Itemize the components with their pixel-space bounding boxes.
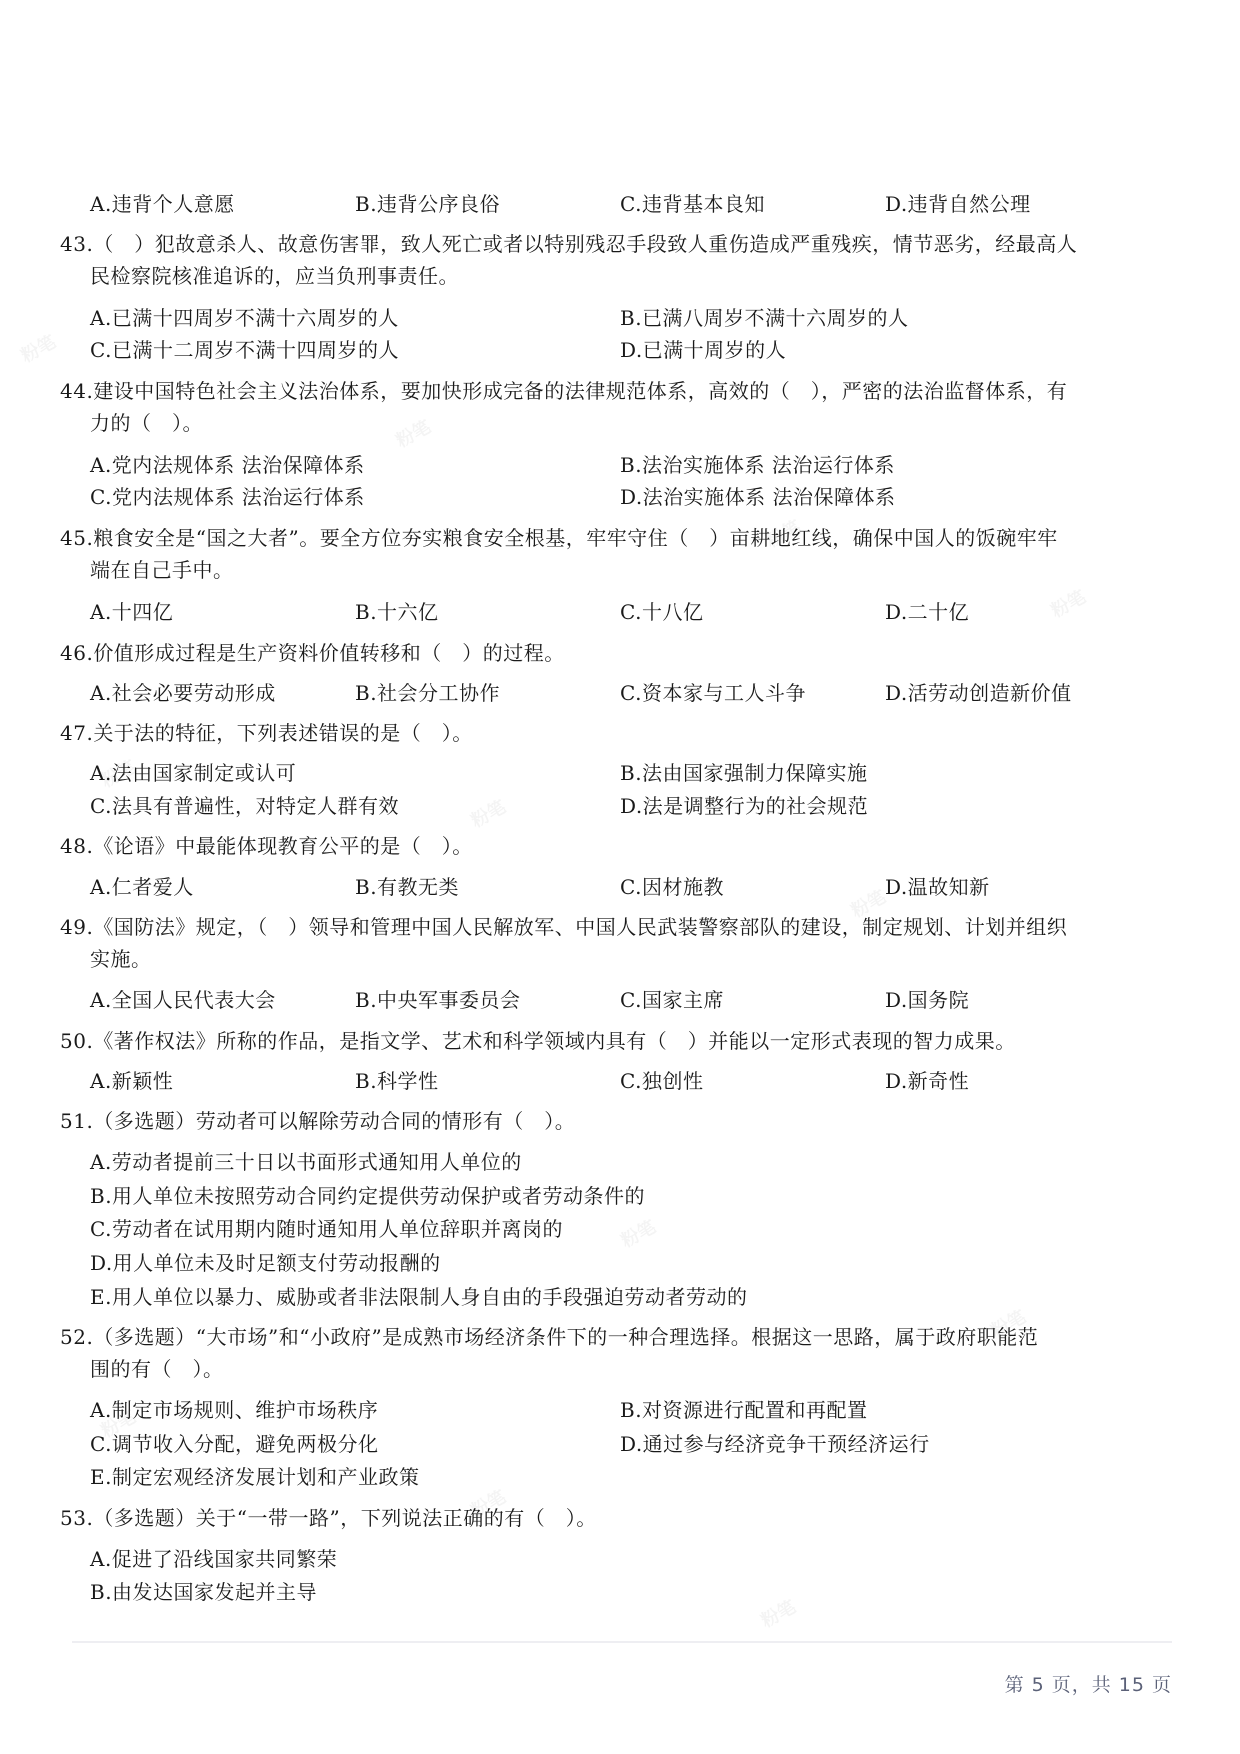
option-c: C.党内法规体系 法治运行体系 <box>90 484 365 510</box>
option-b: B.社会分工协作 <box>355 680 500 706</box>
option-c: C.调节收入分配，避免两极分化 <box>90 1431 378 1457</box>
option-b: B.科学性 <box>355 1068 439 1094</box>
option-c: C.因材施教 <box>620 874 724 900</box>
footer-divider <box>72 1641 1172 1643</box>
option-b: B.有教无类 <box>355 874 459 900</box>
watermark: 粉笔 <box>756 1593 800 1633</box>
question-number: 45. <box>60 525 93 551</box>
question-45-stem: 45.粮食安全是“国之大者”。要全方位夯实粮食安全根基，牢牢守住（ ）亩耕地红线… <box>60 525 1058 551</box>
question-number: 51. <box>60 1108 93 1134</box>
option-a: A.劳动者提前三十日以书面形式通知用人单位的 <box>90 1149 522 1175</box>
option-c: C.劳动者在试用期内随时通知用人单位辞职并离岗的 <box>90 1216 563 1242</box>
option-a: A.已满十四周岁不满十六周岁的人 <box>90 305 399 331</box>
question-52-stem-cont: 围的有（ ）。 <box>90 1356 224 1382</box>
option-d: D.违背自然公理 <box>885 191 1031 217</box>
question-52-stem: 52.（多选题）“大市场”和“小政府”是成熟市场经济条件下的一种合理选择。根据这… <box>60 1324 1038 1350</box>
question-48-stem: 48.《论语》中最能体现教育公平的是（ ）。 <box>60 833 473 859</box>
question-number: 46. <box>60 640 93 666</box>
option-a: A.社会必要劳动形成 <box>90 680 276 706</box>
question-text: 《国防法》规定，（ ）领导和管理中国人民解放军、中国人民武装警察部队的建设，制定… <box>93 915 1067 939</box>
option-d: D.活劳动创造新价值 <box>885 680 1072 706</box>
option-a: A.促进了沿线国家共同繁荣 <box>90 1546 337 1572</box>
option-d: D.温故知新 <box>885 874 990 900</box>
question-text: （多选题）“大市场”和“小政府”是成熟市场经济条件下的一种合理选择。根据这一思路… <box>93 1325 1038 1349</box>
option-b: B.用人单位未按照劳动合同约定提供劳动保护或者劳动条件的 <box>90 1183 645 1209</box>
option-d: D.法是调整行为的社会规范 <box>620 793 868 819</box>
option-a: A.法由国家制定或认可 <box>90 760 296 786</box>
option-e: E.用人单位以暴力、威胁或者非法限制人身自由的手段强迫劳动者劳动的 <box>90 1284 747 1310</box>
option-c: C.已满十二周岁不满十四周岁的人 <box>90 337 399 363</box>
question-number: 43. <box>60 231 93 257</box>
question-number: 50. <box>60 1028 93 1054</box>
question-51-stem: 51.（多选题）劳动者可以解除劳动合同的情形有（ ）。 <box>60 1108 575 1134</box>
option-c: C.法具有普遍性，对特定人群有效 <box>90 793 399 819</box>
question-number: 44. <box>60 378 93 404</box>
option-b: B.中央军事委员会 <box>355 987 521 1013</box>
question-text: 粮食安全是“国之大者”。要全方位夯实粮食安全根基，牢牢守住（ ）亩耕地红线，确保… <box>93 526 1057 550</box>
option-b: B.法治实施体系 法治运行体系 <box>620 452 895 478</box>
option-e: E.制定宏观经济发展计划和产业政策 <box>90 1464 419 1490</box>
question-number: 52. <box>60 1324 93 1350</box>
question-text: 《著作权法》所称的作品，是指文学、艺术和科学领域内具有（ ）并能以一定形式表现的… <box>93 1029 1016 1053</box>
option-b: B.对资源进行配置和再配置 <box>620 1397 868 1423</box>
option-c: C.国家主席 <box>620 987 724 1013</box>
option-a: A.违背个人意愿 <box>90 191 235 217</box>
question-text: （ ）犯故意杀人、故意伤害罪，致人死亡或者以特别残忍手段致人重伤造成严重残疾，情… <box>93 232 1077 256</box>
option-b: B.法由国家强制力保障实施 <box>620 760 868 786</box>
question-43-stem-cont: 民检察院核准追诉的，应当负刑事责任。 <box>90 263 459 289</box>
option-a: A.仁者爱人 <box>90 874 194 900</box>
question-46-stem: 46.价值形成过程是生产资料价值转移和（ ）的过程。 <box>60 640 565 666</box>
question-50-stem: 50.《著作权法》所称的作品，是指文学、艺术和科学领域内具有（ ）并能以一定形式… <box>60 1028 1016 1054</box>
question-49-stem: 49.《国防法》规定，（ ）领导和管理中国人民解放军、中国人民武装警察部队的建设… <box>60 914 1067 940</box>
option-d: D.法治实施体系 法治保障体系 <box>620 484 896 510</box>
option-a: A.制定市场规则、维护市场秩序 <box>90 1397 378 1423</box>
question-53-stem: 53.（多选题）关于“一带一路”，下列说法正确的有（ ）。 <box>60 1505 597 1531</box>
option-d: D.新奇性 <box>885 1068 969 1094</box>
question-49-stem-cont: 实施。 <box>90 946 152 972</box>
option-a: A.全国人民代表大会 <box>90 987 276 1013</box>
question-text: （多选题）劳动者可以解除劳动合同的情形有（ ）。 <box>93 1109 575 1133</box>
option-b: B.十六亿 <box>355 599 439 625</box>
option-d: D.已满十周岁的人 <box>620 337 786 363</box>
watermark: 粉笔 <box>1046 583 1090 623</box>
watermark: 粉笔 <box>16 328 60 368</box>
option-d: D.二十亿 <box>885 599 969 625</box>
question-44-stem-cont: 力的（ ）。 <box>90 410 203 436</box>
option-d: D.用人单位未及时足额支付劳动报酬的 <box>90 1250 441 1276</box>
question-text: 建设中国特色社会主义法治体系，要加快形成完备的法律规范体系，高效的（ ），严密的… <box>93 379 1067 403</box>
watermark: 粉笔 <box>616 1213 660 1253</box>
option-d: D.国务院 <box>885 987 969 1013</box>
page-number: 第 5 页，共 15 页 <box>1005 1670 1172 1697</box>
option-a: A.党内法规体系 法治保障体系 <box>90 452 365 478</box>
option-d: D.通过参与经济竞争干预经济运行 <box>620 1431 930 1457</box>
question-45-stem-cont: 端在自己手中。 <box>90 557 234 583</box>
question-text: （多选题）关于“一带一路”，下列说法正确的有（ ）。 <box>93 1506 596 1530</box>
option-a: A.新颖性 <box>90 1068 173 1094</box>
watermark: 粉笔 <box>391 413 435 453</box>
option-a: A.十四亿 <box>90 599 173 625</box>
question-44-stem: 44.建设中国特色社会主义法治体系，要加快形成完备的法律规范体系，高效的（ ），… <box>60 378 1067 404</box>
question-43-stem: 43.（ ）犯故意杀人、故意伤害罪，致人死亡或者以特别残忍手段致人重伤造成严重残… <box>60 231 1077 257</box>
option-b: B.已满八周岁不满十六周岁的人 <box>620 305 909 331</box>
question-text: 关于法的特征，下列表述错误的是（ ）。 <box>93 721 473 745</box>
option-c: C.十八亿 <box>620 599 703 625</box>
option-c: C.违背基本良知 <box>620 191 765 217</box>
option-c: C.资本家与工人斗争 <box>620 680 806 706</box>
option-c: C.独创性 <box>620 1068 703 1094</box>
question-number: 47. <box>60 720 93 746</box>
question-47-stem: 47.关于法的特征，下列表述错误的是（ ）。 <box>60 720 473 746</box>
question-text: 价值形成过程是生产资料价值转移和（ ）的过程。 <box>93 641 565 665</box>
exam-page: 粉笔 粉笔 粉笔 粉笔 粉笔 粉笔 粉笔 粉笔 粉笔 粉笔 粉笔 粉笔 A.违背… <box>0 0 1240 1754</box>
question-text: 《论语》中最能体现教育公平的是（ ）。 <box>93 834 473 858</box>
watermark: 粉笔 <box>466 793 510 833</box>
question-number: 48. <box>60 833 93 859</box>
option-b: B.违背公序良俗 <box>355 191 500 217</box>
question-number: 53. <box>60 1505 93 1531</box>
option-b: B.由发达国家发起并主导 <box>90 1579 317 1605</box>
question-number: 49. <box>60 914 93 940</box>
